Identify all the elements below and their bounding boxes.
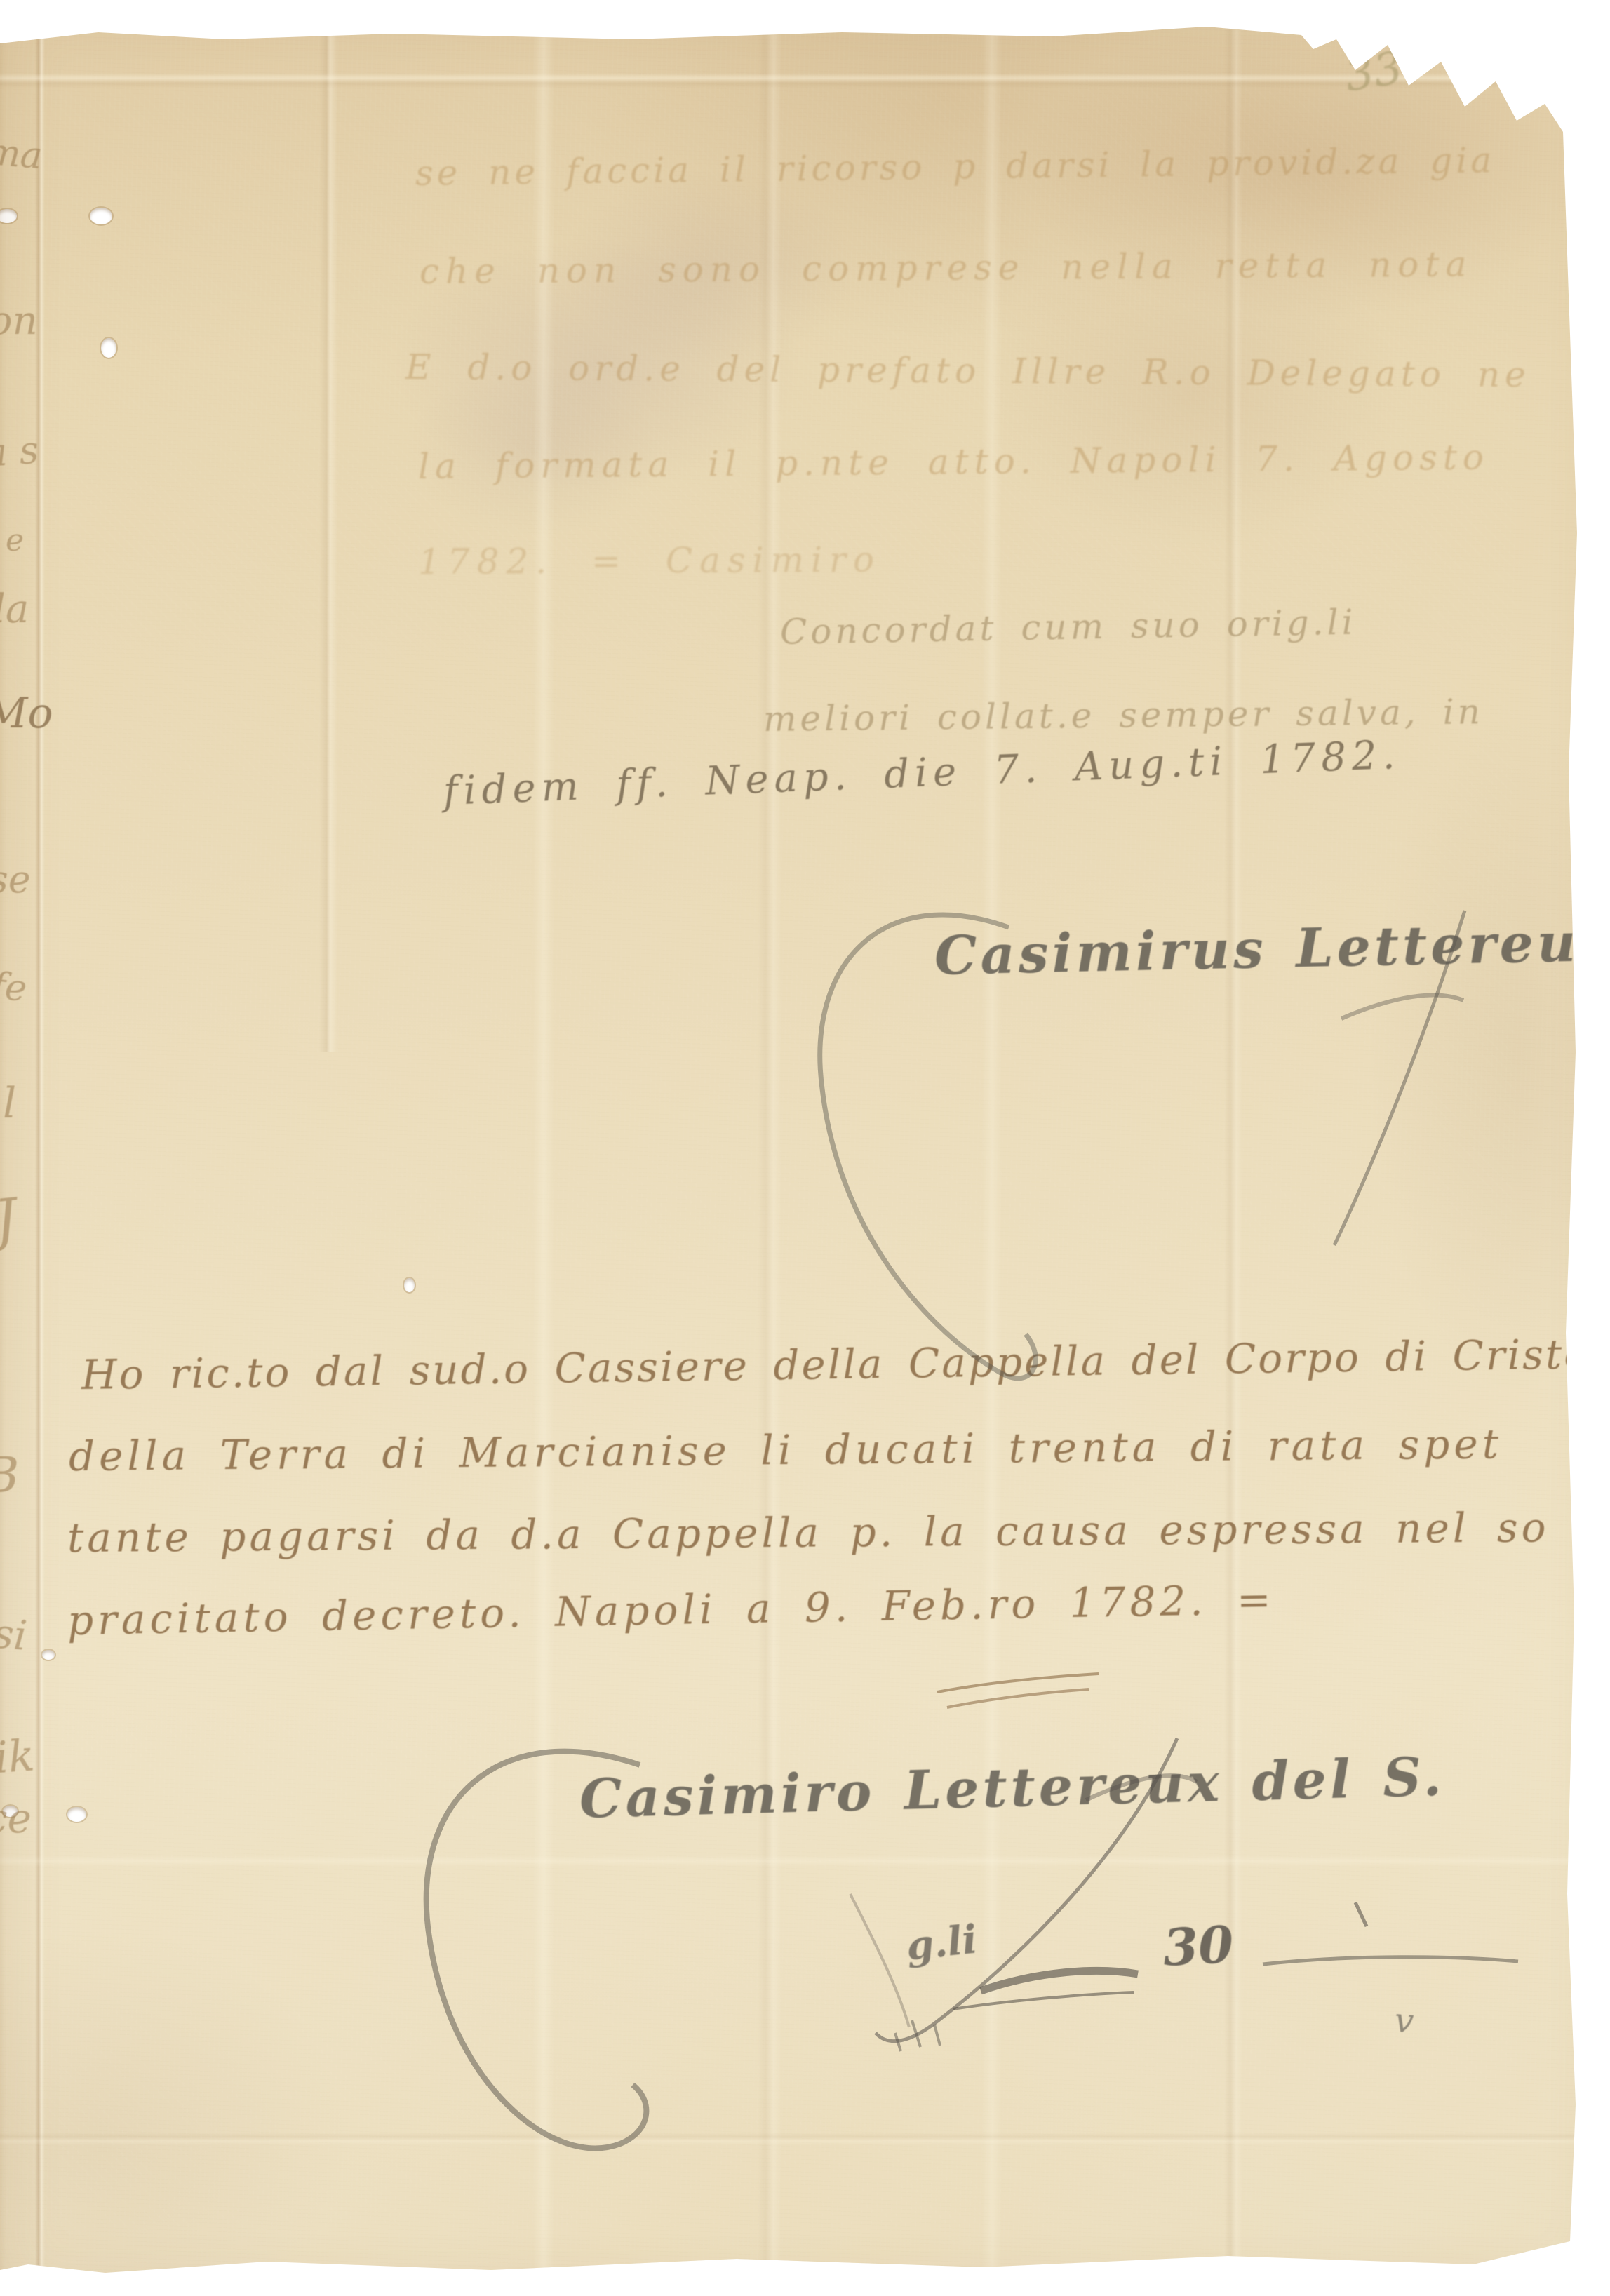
- margin-text-fragment: lik: [0, 1729, 36, 1784]
- amount-currency-label: g.li: [904, 1916, 980, 1970]
- handwritten-line: pracitato decreto. Napoli a 9. Feb.ro 17…: [67, 1576, 1275, 1644]
- margin-text-fragment: lla: [0, 586, 29, 632]
- handwritten-line: Concordat cum suo orig.li: [779, 602, 1357, 652]
- margin-text-fragment: J: [0, 1186, 20, 1254]
- worm-hole: [101, 338, 116, 358]
- handwritten-line: la formata il p.nte atto. Napoli 7. Agos…: [418, 437, 1489, 487]
- paper-texture: [0, 0, 1610, 2296]
- worm-hole: [90, 208, 112, 224]
- vertical-crease: [319, 0, 337, 1052]
- handwritten-line: che non sono comprese nella retta nota: [420, 244, 1473, 292]
- margin-text-fragment: l: [3, 1079, 16, 1128]
- margin-text-fragment: ce: [0, 1794, 32, 1842]
- signature: Casimirus Lettereux del S.: [934, 906, 1610, 987]
- amount-dash: [1263, 1957, 1518, 1964]
- margin-text-fragment: e: [6, 523, 24, 558]
- margin-text-fragment: Mo: [0, 689, 53, 738]
- verso-mark: v: [1393, 2001, 1415, 2041]
- horizontal-crease: [0, 2133, 1610, 2145]
- handwritten-line: tante pagarsi da d.a Cappella p. la caus…: [67, 1503, 1550, 1562]
- handwritten-line: meliori collat.e semper salva, in: [763, 691, 1484, 739]
- manuscript-page: 33 se ne faccia il ricorso p darsi la pr…: [0, 0, 1610, 2296]
- margin-text-fragment: se: [0, 857, 31, 901]
- margin-text-fragment: B: [0, 1446, 19, 1504]
- worm-hole: [0, 209, 17, 223]
- vertical-crease: [533, 0, 554, 2296]
- scanned-document: { "manuscript": { "folio_number": "33", …: [0, 0, 1610, 2296]
- ink-offset-stroke: [850, 1894, 909, 2027]
- amount-value: 30: [1162, 1914, 1235, 1978]
- gutter-fold-crease: [35, 0, 45, 2296]
- vertical-crease: [758, 0, 781, 2296]
- margin-text-fragment: ma: [0, 131, 44, 178]
- signature-flourish: [1341, 995, 1463, 1019]
- handwritten-line: 1782. = Casimiro: [418, 539, 881, 582]
- handwritten-line: E d.o ord.e del prefato Illre R.o Delega…: [405, 347, 1531, 395]
- folio-number: 33: [1341, 42, 1406, 102]
- worm-hole: [404, 1278, 415, 1292]
- handwritten-line: della Terra di Marcianise li ducati tren…: [69, 1420, 1503, 1480]
- handwritten-line: fidem ff. Neap. die 7. Aug.ti 1782.: [443, 732, 1402, 814]
- margin-text-fragment: a s: [0, 427, 40, 475]
- date-underline: [947, 1689, 1089, 1707]
- horizontal-crease: [0, 1855, 1610, 1867]
- signature: Casimiro Lettereux del S.: [579, 1745, 1446, 1830]
- worm-hole: [67, 1807, 86, 1822]
- margin-text-fragment: si: [0, 1609, 29, 1660]
- amount-dash: [981, 1971, 1138, 1991]
- handwritten-line: Ho ric.to dal sud.o Cassiere della Cappe…: [81, 1330, 1591, 1399]
- vertical-crease: [982, 0, 1002, 2296]
- amount-tick: [1355, 1902, 1367, 1926]
- amount-dash: [953, 1992, 1134, 2009]
- margin-text-fragment: fe: [0, 965, 29, 1011]
- ink-spatter: [895, 2020, 940, 2051]
- margin-text-fragment: lon: [0, 298, 38, 344]
- date-underline: [937, 1674, 1099, 1692]
- handwritten-line: se ne faccia il ricorso p darsi la provi…: [415, 140, 1496, 194]
- worm-hole: [42, 1650, 55, 1660]
- ink-flourishes: [0, 0, 1610, 2296]
